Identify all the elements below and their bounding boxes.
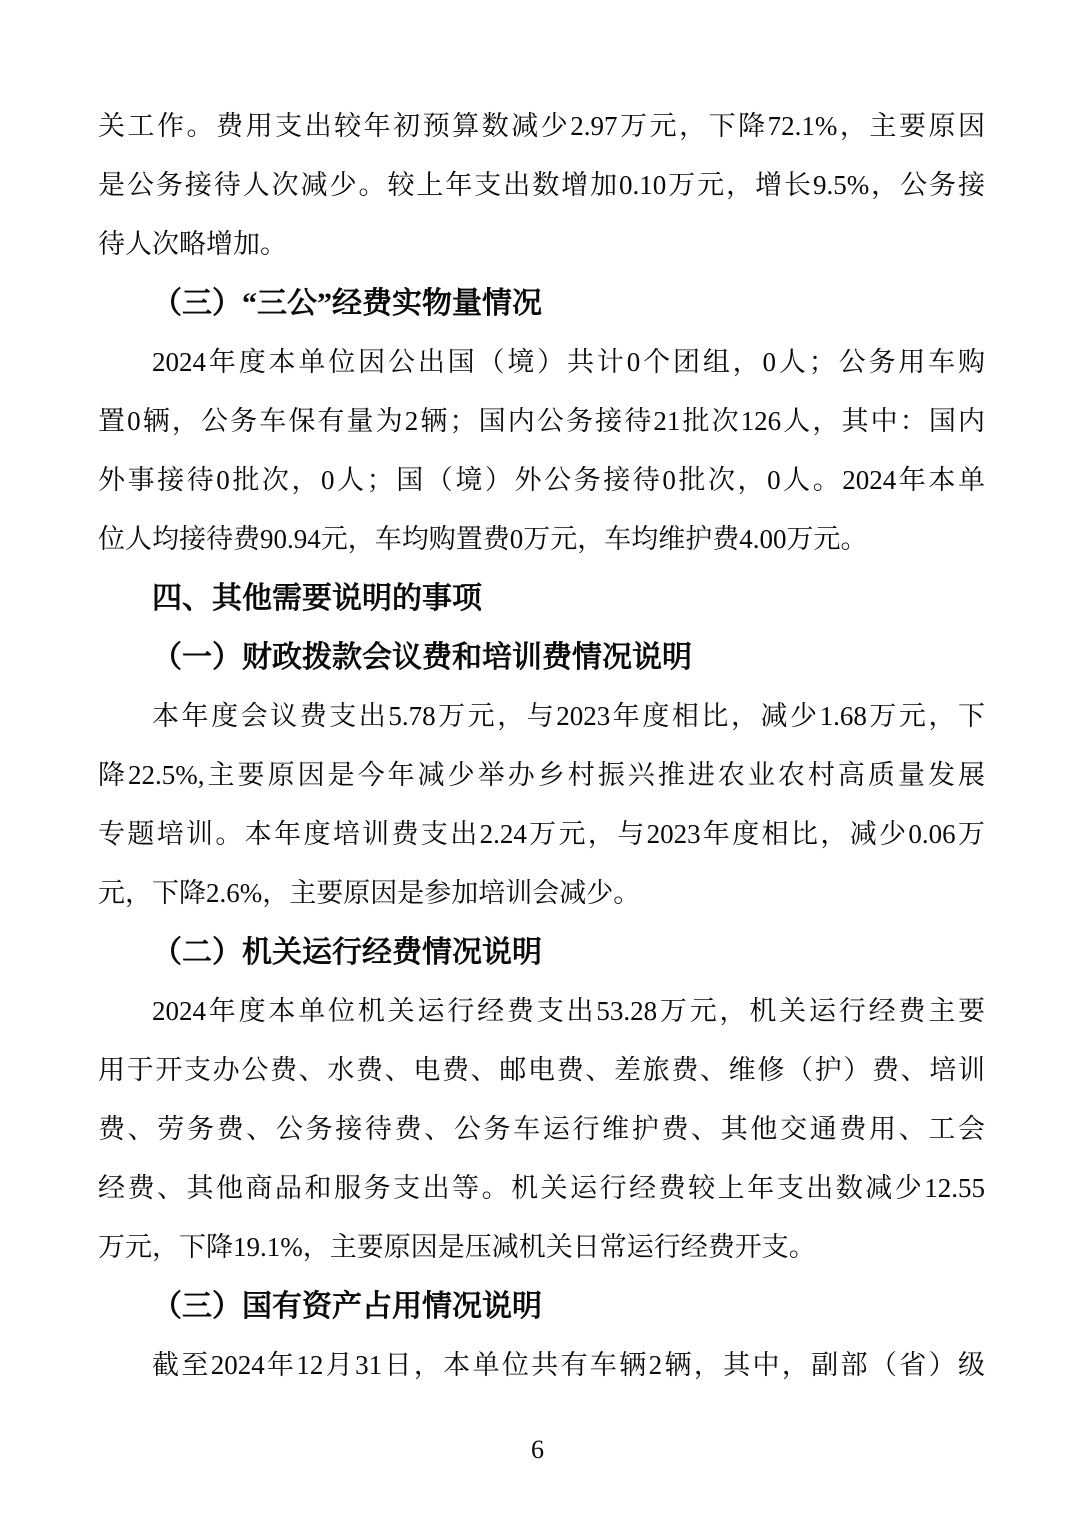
body-line: 位人均接待费90.94元，车均购置费0万元，车均维护费4.00万元。 <box>98 510 985 569</box>
heading-sangong-expenses: （三）“三公”经费实物量情况 <box>98 274 985 333</box>
body-line: 降22.5%,主要原因是今年减少举办乡村振兴推进农业农村高质量发展 <box>98 746 985 805</box>
body-line: 元，下降2.6%，主要原因是参加培训会减少。 <box>98 864 985 923</box>
body-line: 经费、其他商品和服务支出等。机关运行经费较上年支出数减少12.55 <box>98 1159 985 1218</box>
body-line: 费、劳务费、公务接待费、公务车运行维护费、其他交通费用、工会 <box>98 1100 985 1159</box>
heading-meeting-training-fee: （一）财政拨款会议费和培训费情况说明 <box>98 628 985 687</box>
body-line: 是公务接待人次减少。较上年支出数增加0.10万元，增长9.5%，公务接 <box>98 156 985 215</box>
document-page: 关工作。费用支出较年初预算数减少2.97万元，下降72.1%，主要原因 是公务接… <box>0 0 1075 1520</box>
heading-state-assets: （三）国有资产占用情况说明 <box>98 1277 985 1336</box>
body-line: 截至2024年12月31日，本单位共有车辆2辆，其中，副部（省）级 <box>98 1336 985 1395</box>
body-line: 2024年度本单位机关运行经费支出53.28万元，机关运行经费主要 <box>98 982 985 1041</box>
body-line: 置0辆，公务车保有量为2辆；国内公务接待21批次126人，其中：国内 <box>98 392 985 451</box>
body-line: 专题培训。本年度培训费支出2.24万元，与2023年度相比，减少0.06万 <box>98 805 985 864</box>
document-body: 关工作。费用支出较年初预算数减少2.97万元，下降72.1%，主要原因 是公务接… <box>98 97 985 1395</box>
page-number: 6 <box>0 1428 1075 1472</box>
body-line: 万元，下降19.1%，主要原因是压减机关日常运行经费开支。 <box>98 1218 985 1277</box>
body-line: 待人次略增加。 <box>98 215 985 274</box>
body-line: 关工作。费用支出较年初预算数减少2.97万元，下降72.1%，主要原因 <box>98 97 985 156</box>
body-line: 用于开支办公费、水费、电费、邮电费、差旅费、维修（护）费、培训 <box>98 1041 985 1100</box>
heading-other-matters: 四、其他需要说明的事项 <box>98 569 985 628</box>
heading-agency-operating-cost: （二）机关运行经费情况说明 <box>98 923 985 982</box>
body-line: 本年度会议费支出5.78万元，与2023年度相比，减少1.68万元，下 <box>98 687 985 746</box>
body-line: 2024年度本单位因公出国（境）共计0个团组，0人；公务用车购 <box>98 333 985 392</box>
body-line: 外事接待0批次，0人；国（境）外公务接待0批次，0人。2024年本单 <box>98 451 985 510</box>
